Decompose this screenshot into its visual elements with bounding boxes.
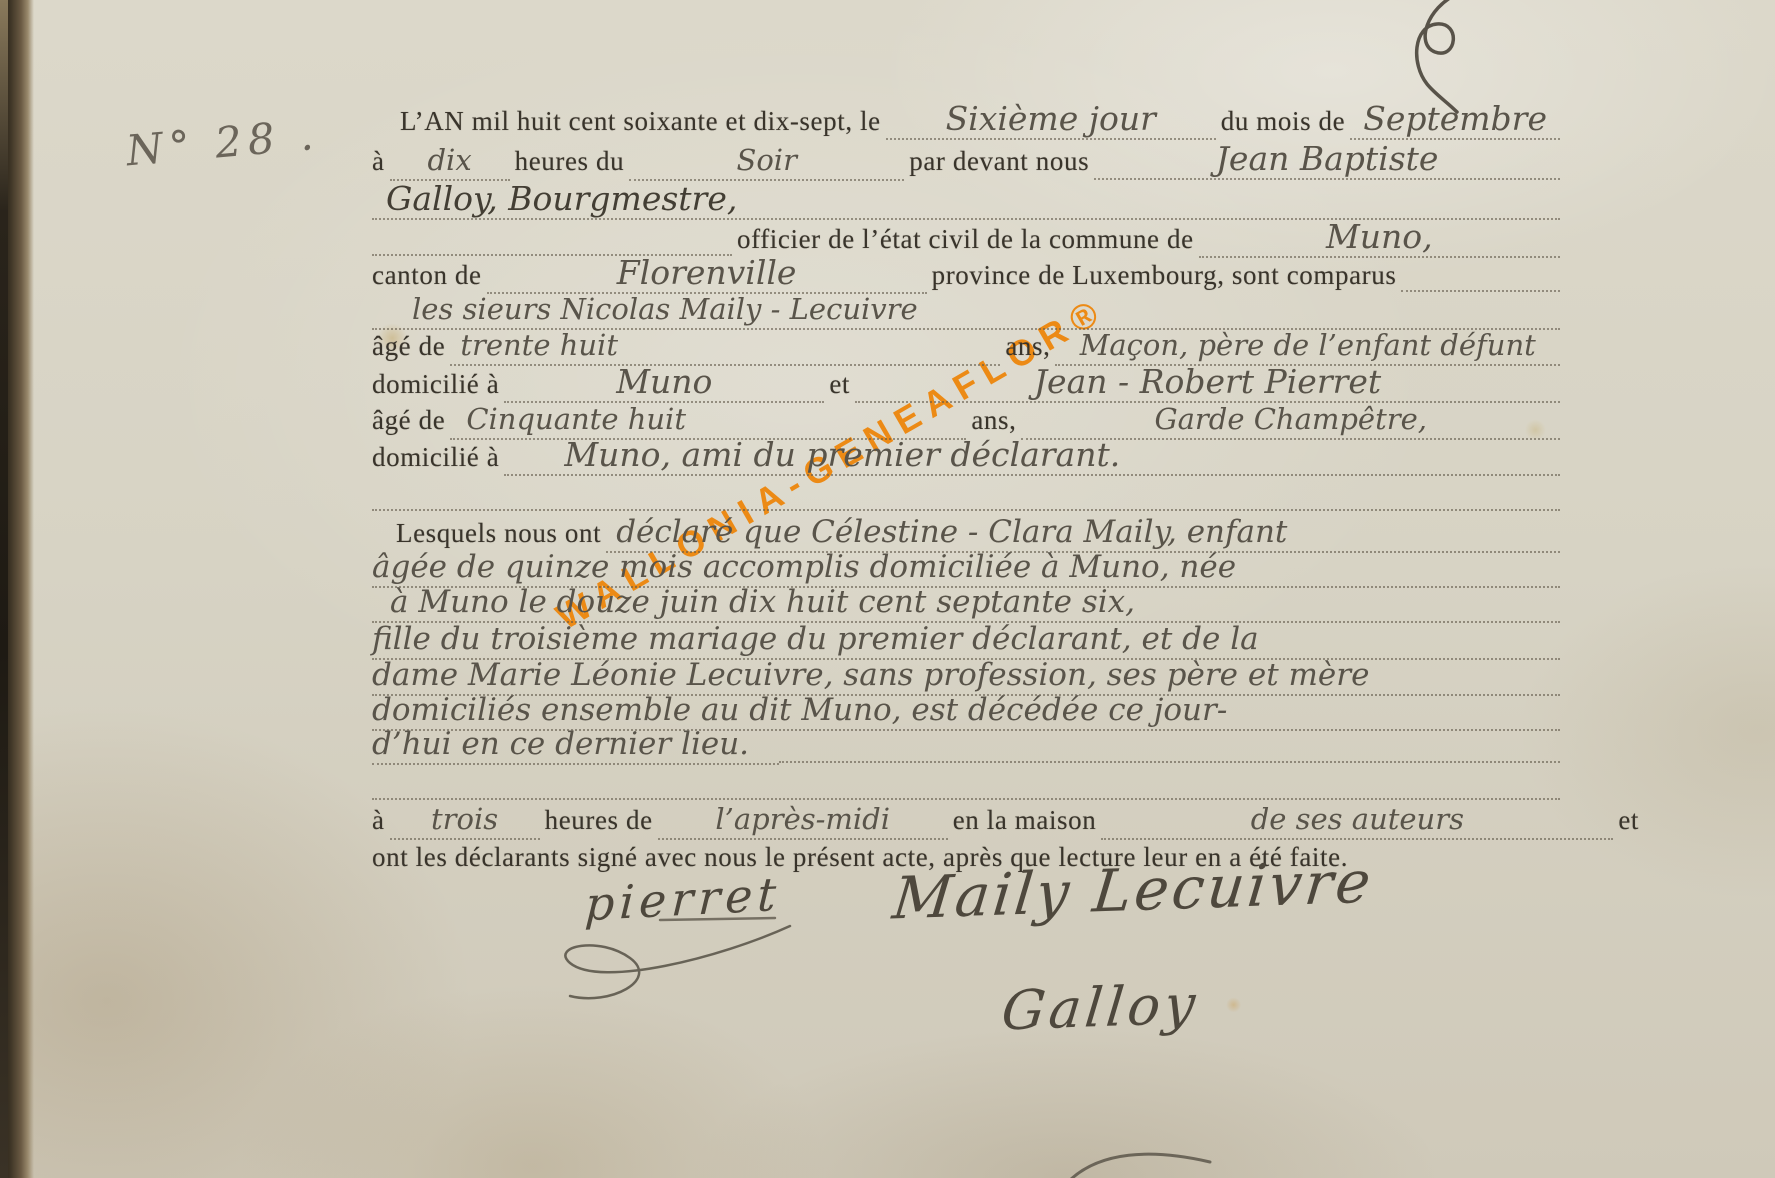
handwritten-entry: Jean Baptiste	[1094, 140, 1560, 180]
printed-text: domicilié à	[372, 438, 504, 476]
handwritten-entry: Septembre	[1350, 100, 1560, 140]
handwritten-entry: Soir	[629, 141, 904, 181]
printed-text: par devant nous	[904, 142, 1094, 180]
act-line: domicilié à Muno et Jean - Robert Pierre…	[372, 363, 1560, 401]
dotted-rule	[1401, 254, 1560, 292]
handwritten-entry: Muno	[504, 363, 824, 403]
act-line: domiciliés ensemble au dit Muno, est déc…	[372, 691, 1560, 729]
handwritten-entry: déclaré que Célestine - Clara Maily, enf…	[606, 513, 1560, 553]
handwritten-entry: les sieurs Nicolas Maily - Lecuivre	[372, 290, 1560, 330]
handwritten-entry: Galloy, Bourgmestre,	[372, 180, 1560, 220]
handwritten-entry: âgée de quinze mois accomplis domiciliée…	[372, 548, 1560, 588]
printed-text: à	[372, 142, 390, 180]
printed-text: et	[1613, 801, 1644, 839]
handwritten-entry: dix	[390, 141, 510, 181]
signature-flourish	[540, 918, 820, 1008]
printed-text: canton de	[372, 256, 487, 294]
act-line: officier de l’état civil de la commune d…	[372, 218, 1560, 256]
dotted-rule	[372, 473, 1560, 511]
dotted-rule	[372, 762, 1560, 800]
printed-text: heures de	[540, 801, 658, 839]
act-line: canton de Florenville province de Luxemb…	[372, 254, 1560, 292]
handwritten-entry: Florenville	[487, 254, 927, 294]
scanned-register-page: N° 28 . WALLONIA-GENEAFLOR® L’AN mil hui…	[0, 0, 1775, 1178]
handwritten-entry: Muno, ami du premier déclarant.	[504, 436, 1560, 476]
handwritten-entry: fille du troisième mariage du premier dé…	[372, 620, 1560, 660]
handwritten-entry: Muno,	[1199, 218, 1560, 258]
printed-text: et	[824, 365, 855, 403]
act-line: âgé de trente huit ans, Maçon, père de l…	[372, 326, 1560, 364]
act-line: âgé de Cinquante huit ans, Garde Champêt…	[372, 400, 1560, 438]
act-line: à Muno le douze juin dix huit cent septa…	[372, 583, 1560, 621]
printed-text: ans,	[966, 401, 1021, 439]
act-number: N° 28 .	[124, 110, 321, 176]
handwritten-entry: Cinquante huit	[450, 400, 966, 440]
act-line: à dix heures du Soir par devant nous Jea…	[372, 140, 1560, 178]
handwritten-entry: Maçon, père de l’enfant défunt	[1055, 326, 1560, 366]
dotted-rule	[779, 725, 1560, 763]
printed-text: du mois de	[1216, 102, 1351, 140]
handwritten-entry: d’hui en ce dernier lieu.	[372, 725, 779, 765]
handwritten-entry: de ses auteurs	[1101, 800, 1613, 840]
handwritten-entry: l’après-midi	[658, 800, 948, 840]
signature-galloy: Galloy	[999, 972, 1202, 1042]
act-line	[372, 473, 1560, 511]
act-line: d’hui en ce dernier lieu.	[372, 725, 1560, 763]
act-line: fille du troisième mariage du premier dé…	[372, 620, 1560, 658]
act-line: domicilié à Muno, ami du premier déclara…	[372, 436, 1560, 474]
act-line: Galloy, Bourgmestre,	[372, 180, 1560, 218]
handwritten-entry: Jean - Robert Pierret	[855, 363, 1560, 403]
printed-text: province de Luxembourg, sont comparus	[927, 256, 1402, 294]
printed-text: domicilié à	[372, 365, 504, 403]
printed-text: âgé de	[372, 401, 450, 439]
handwritten-entry: Sixième jour	[886, 100, 1216, 140]
printed-text: en la maison	[948, 801, 1102, 839]
book-binding-edge	[0, 0, 34, 1178]
printed-text: ans,	[1000, 327, 1055, 365]
act-line: L’AN mil huit cent soixante et dix-sept,…	[372, 100, 1560, 138]
printed-text: L’AN mil huit cent soixante et dix-sept,…	[372, 102, 886, 140]
act-line: Lesquels nous ont déclaré que Célestine …	[372, 513, 1560, 551]
handwritten-entry: Garde Champêtre,	[1021, 400, 1560, 440]
handwritten-entry: trois	[390, 800, 540, 840]
act-line: les sieurs Nicolas Maily - Lecuivre	[372, 290, 1560, 328]
dotted-rule	[372, 218, 732, 256]
handwritten-entry: trente huit	[450, 326, 1000, 366]
act-line	[372, 762, 1560, 800]
bottom-pen-stroke	[1060, 1142, 1220, 1178]
act-line: dame Marie Léonie Lecuivre, sans profess…	[372, 656, 1560, 694]
handwritten-entry: à Muno le douze juin dix huit cent septa…	[372, 583, 1560, 623]
printed-text: à	[372, 801, 390, 839]
act-line: à trois heures de l’après-midi en la mai…	[372, 800, 1644, 838]
printed-text: officier de l’état civil de la commune d…	[732, 220, 1199, 258]
act-line: âgée de quinze mois accomplis domiciliée…	[372, 548, 1560, 586]
printed-text: Lesquels nous ont	[372, 514, 606, 552]
printed-text: âgé de	[372, 327, 450, 365]
handwritten-entry: dame Marie Léonie Lecuivre, sans profess…	[372, 656, 1560, 696]
printed-text: heures du	[510, 142, 630, 180]
